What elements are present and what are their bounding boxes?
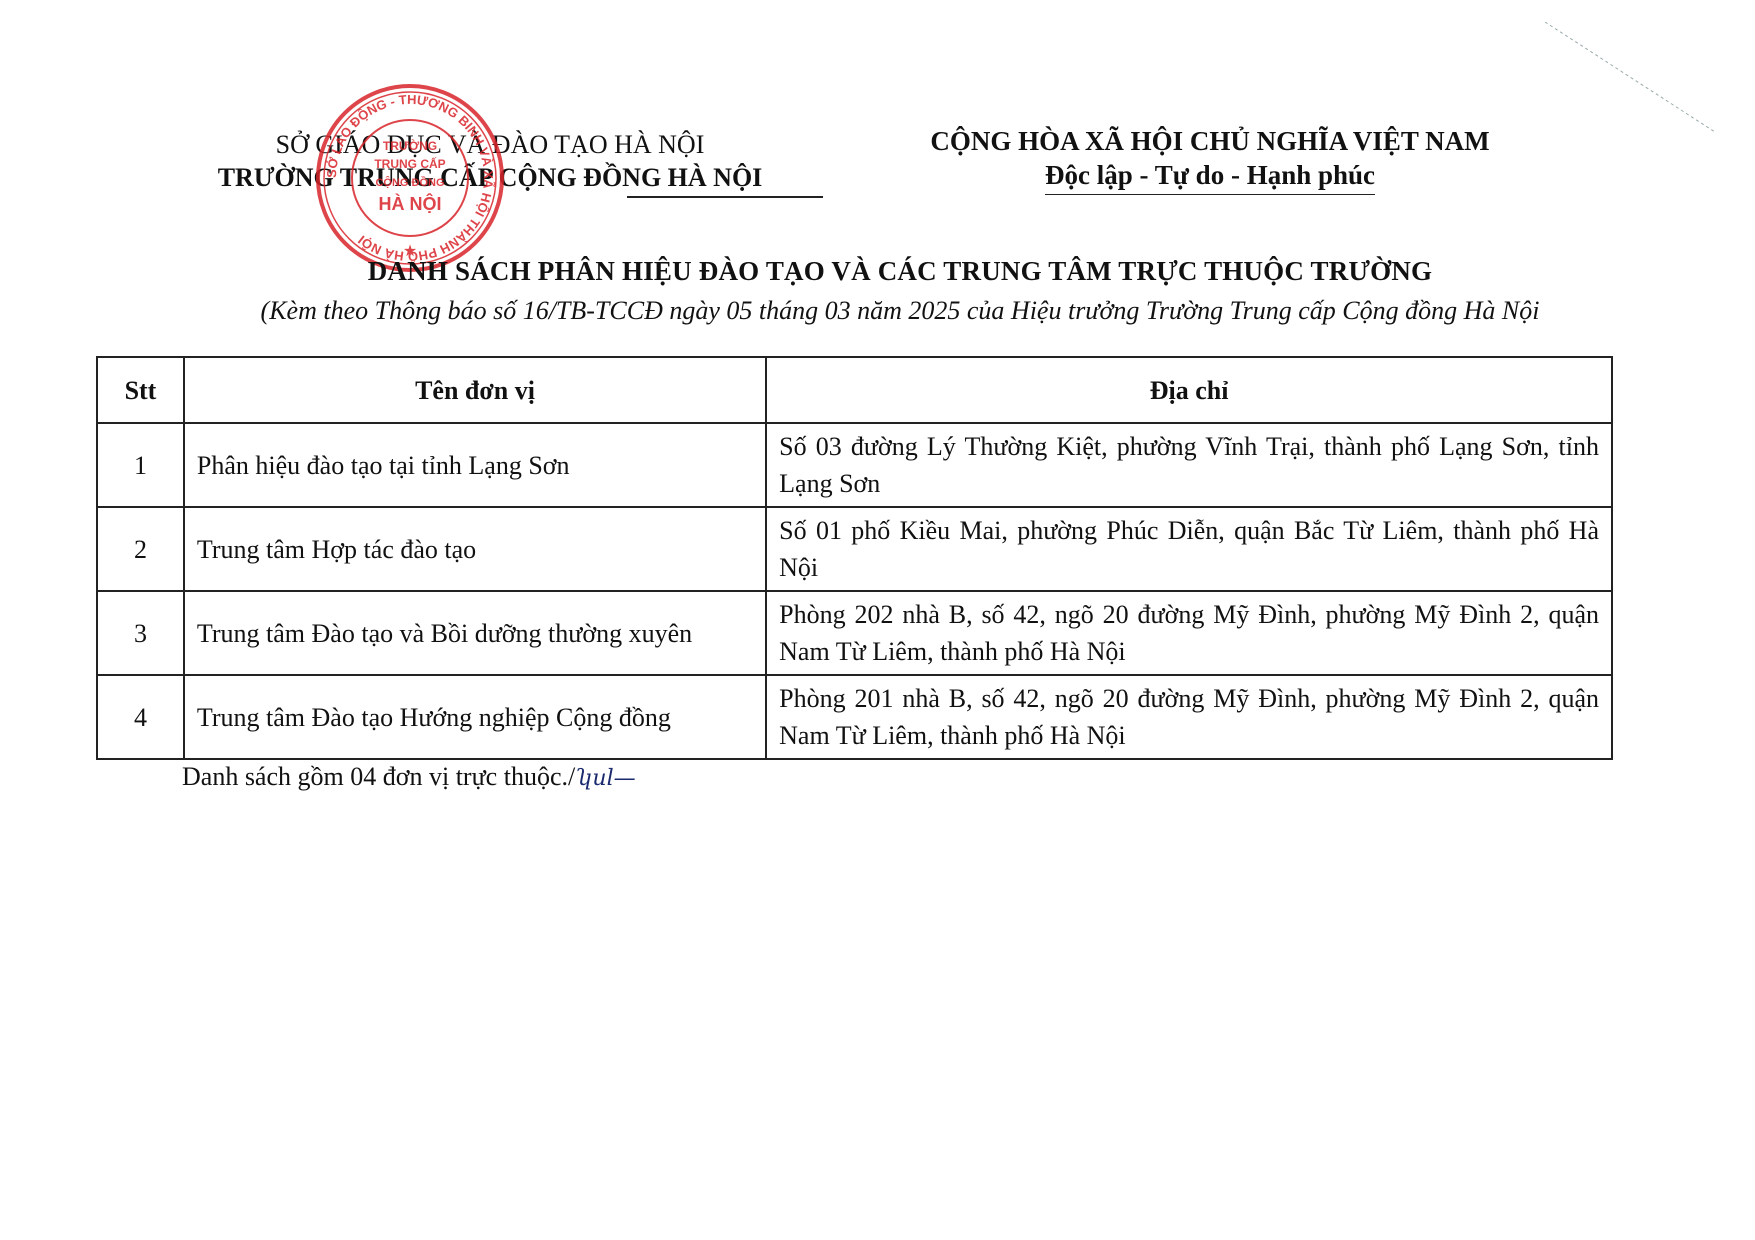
summary-text: Danh sách gồm 04 đơn vị trực thuộc./ [182, 762, 575, 791]
seal-line-4: HÀ NỘI [379, 193, 442, 214]
row-unit-name: Trung tâm Hợp tác đào tạo [184, 507, 766, 591]
handwritten-initials: ʮul— [575, 766, 635, 791]
row-stt: 3 [97, 591, 184, 675]
table-header-row: Stt Tên đơn vị Địa chỉ [97, 357, 1612, 423]
column-header-stt: Stt [97, 357, 184, 423]
national-motto: Độc lập - Tự do - Hạnh phúc [1045, 158, 1375, 195]
row-address: Số 01 phố Kiều Mai, phường Phúc Diễn, qu… [766, 507, 1612, 591]
row-unit-name: Phân hiệu đào tạo tại tỉnh Lạng Sơn [184, 423, 766, 507]
table-row: 4 Trung tâm Đào tạo Hướng nghiệp Cộng đồ… [97, 675, 1612, 759]
table-row: 1 Phân hiệu đào tạo tại tỉnh Lạng Sơn Số… [97, 423, 1612, 507]
national-header-block: CỘNG HÒA XÃ HỘI CHỦ NGHĨA VIỆT NAM Độc l… [900, 124, 1520, 195]
row-stt: 2 [97, 507, 184, 591]
document-subtitle: (Kèm theo Thông báo số 16/TB-TCCĐ ngày 0… [100, 296, 1700, 326]
row-unit-name: Trung tâm Đào tạo Hướng nghiệp Cộng đồng [184, 675, 766, 759]
official-seal-icon: SỞ LAO ĐỘNG - THƯƠNG BINH VÀ XÃ HỘI THÀN… [310, 78, 510, 278]
school-underline [627, 196, 823, 198]
seal-line-2: TRUNG CẤP [374, 156, 445, 171]
row-stt: 1 [97, 423, 184, 507]
table-row: 3 Trung tâm Đào tạo và Bồi dưỡng thường … [97, 591, 1612, 675]
list-summary-note: Danh sách gồm 04 đơn vị trực thuộc./ʮul— [182, 762, 636, 792]
scan-artifact-line [1545, 22, 1715, 132]
nation-name: CỘNG HÒA XÃ HỘI CHỦ NGHĨA VIỆT NAM [900, 124, 1520, 158]
row-address: Số 03 đường Lý Thường Kiệt, phường Vĩnh … [766, 423, 1612, 507]
row-unit-name: Trung tâm Đào tạo và Bồi dưỡng thường xu… [184, 591, 766, 675]
units-table: Stt Tên đơn vị Địa chỉ 1 Phân hiệu đào t… [96, 356, 1613, 760]
row-stt: 4 [97, 675, 184, 759]
row-address: Phòng 202 nhà B, số 42, ngõ 20 đường Mỹ … [766, 591, 1612, 675]
column-header-address: Địa chỉ [766, 357, 1612, 423]
column-header-unit-name: Tên đơn vị [184, 357, 766, 423]
table-row: 2 Trung tâm Hợp tác đào tạo Số 01 phố Ki… [97, 507, 1612, 591]
document-title: DANH SÁCH PHÂN HIỆU ĐÀO TẠO VÀ CÁC TRUNG… [100, 256, 1700, 287]
row-address: Phòng 201 nhà B, số 42, ngõ 20 đường Mỹ … [766, 675, 1612, 759]
seal-line-3: CỘNG ĐỒNG [375, 176, 444, 189]
seal-line-1: TRƯỜNG [383, 138, 437, 153]
